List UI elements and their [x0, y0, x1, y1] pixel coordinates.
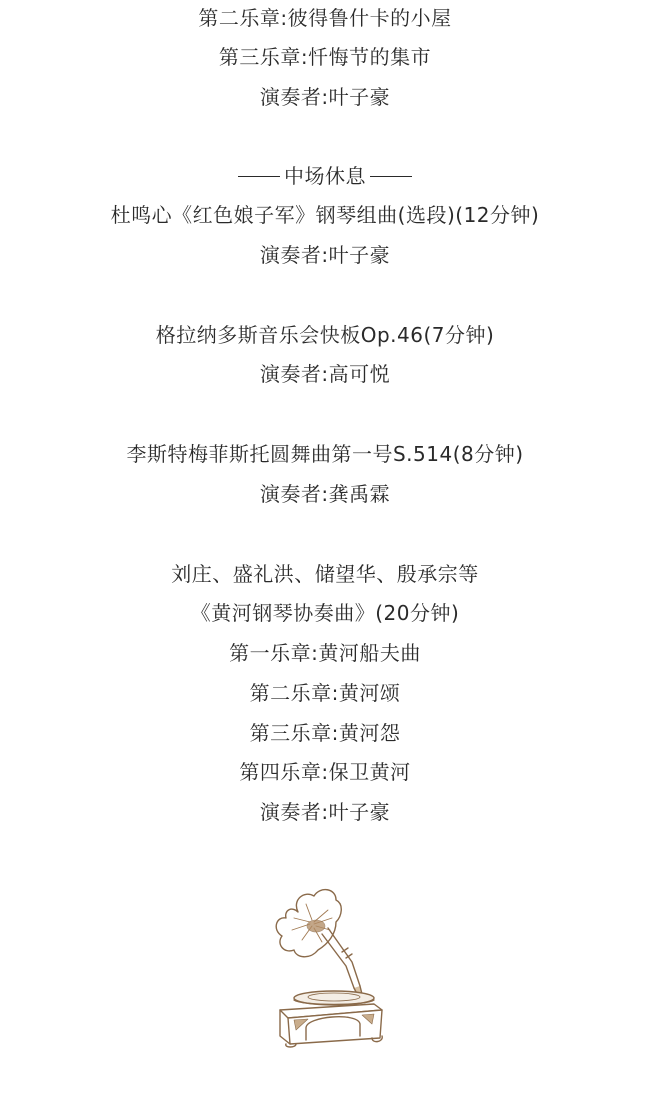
divider-line-left: [238, 176, 280, 177]
program-line: 格拉纳多斯音乐会快板Op.46(7分钟): [0, 321, 650, 349]
performer-line: 演奏者:叶子豪: [0, 83, 650, 111]
intermission-divider: 中场休息: [0, 162, 650, 190]
movement-line: 第二乐章:黄河颂: [0, 679, 650, 707]
gramophone-icon: [262, 878, 390, 1048]
movement-line: 第三乐章:黄河怨: [0, 719, 650, 747]
performer-line: 演奏者:叶子豪: [0, 241, 650, 269]
performer-line: 演奏者:高可悦: [0, 360, 650, 388]
program-line: 第三乐章:忏悔节的集市: [0, 43, 650, 71]
performer-line: 演奏者:龚禹霖: [0, 480, 650, 508]
divider-line-right: [370, 176, 412, 177]
intermission-label: 中场休息: [284, 162, 366, 190]
movement-line: 第一乐章:黄河船夫曲: [0, 639, 650, 667]
program-line: 杜鸣心《红色娘子军》钢琴组曲(选段)(12分钟): [0, 201, 650, 229]
program-line: 李斯特梅菲斯托圆舞曲第一号S.514(8分钟): [0, 440, 650, 468]
program-line: 刘庄、盛礼洪、储望华、殷承宗等: [0, 560, 650, 588]
program-line: 《黄河钢琴协奏曲》(20分钟): [0, 599, 650, 627]
program-line: 第二乐章:彼得鲁什卡的小屋: [0, 4, 650, 32]
movement-line: 第四乐章:保卫黄河: [0, 758, 650, 786]
performer-line: 演奏者:叶子豪: [0, 798, 650, 826]
